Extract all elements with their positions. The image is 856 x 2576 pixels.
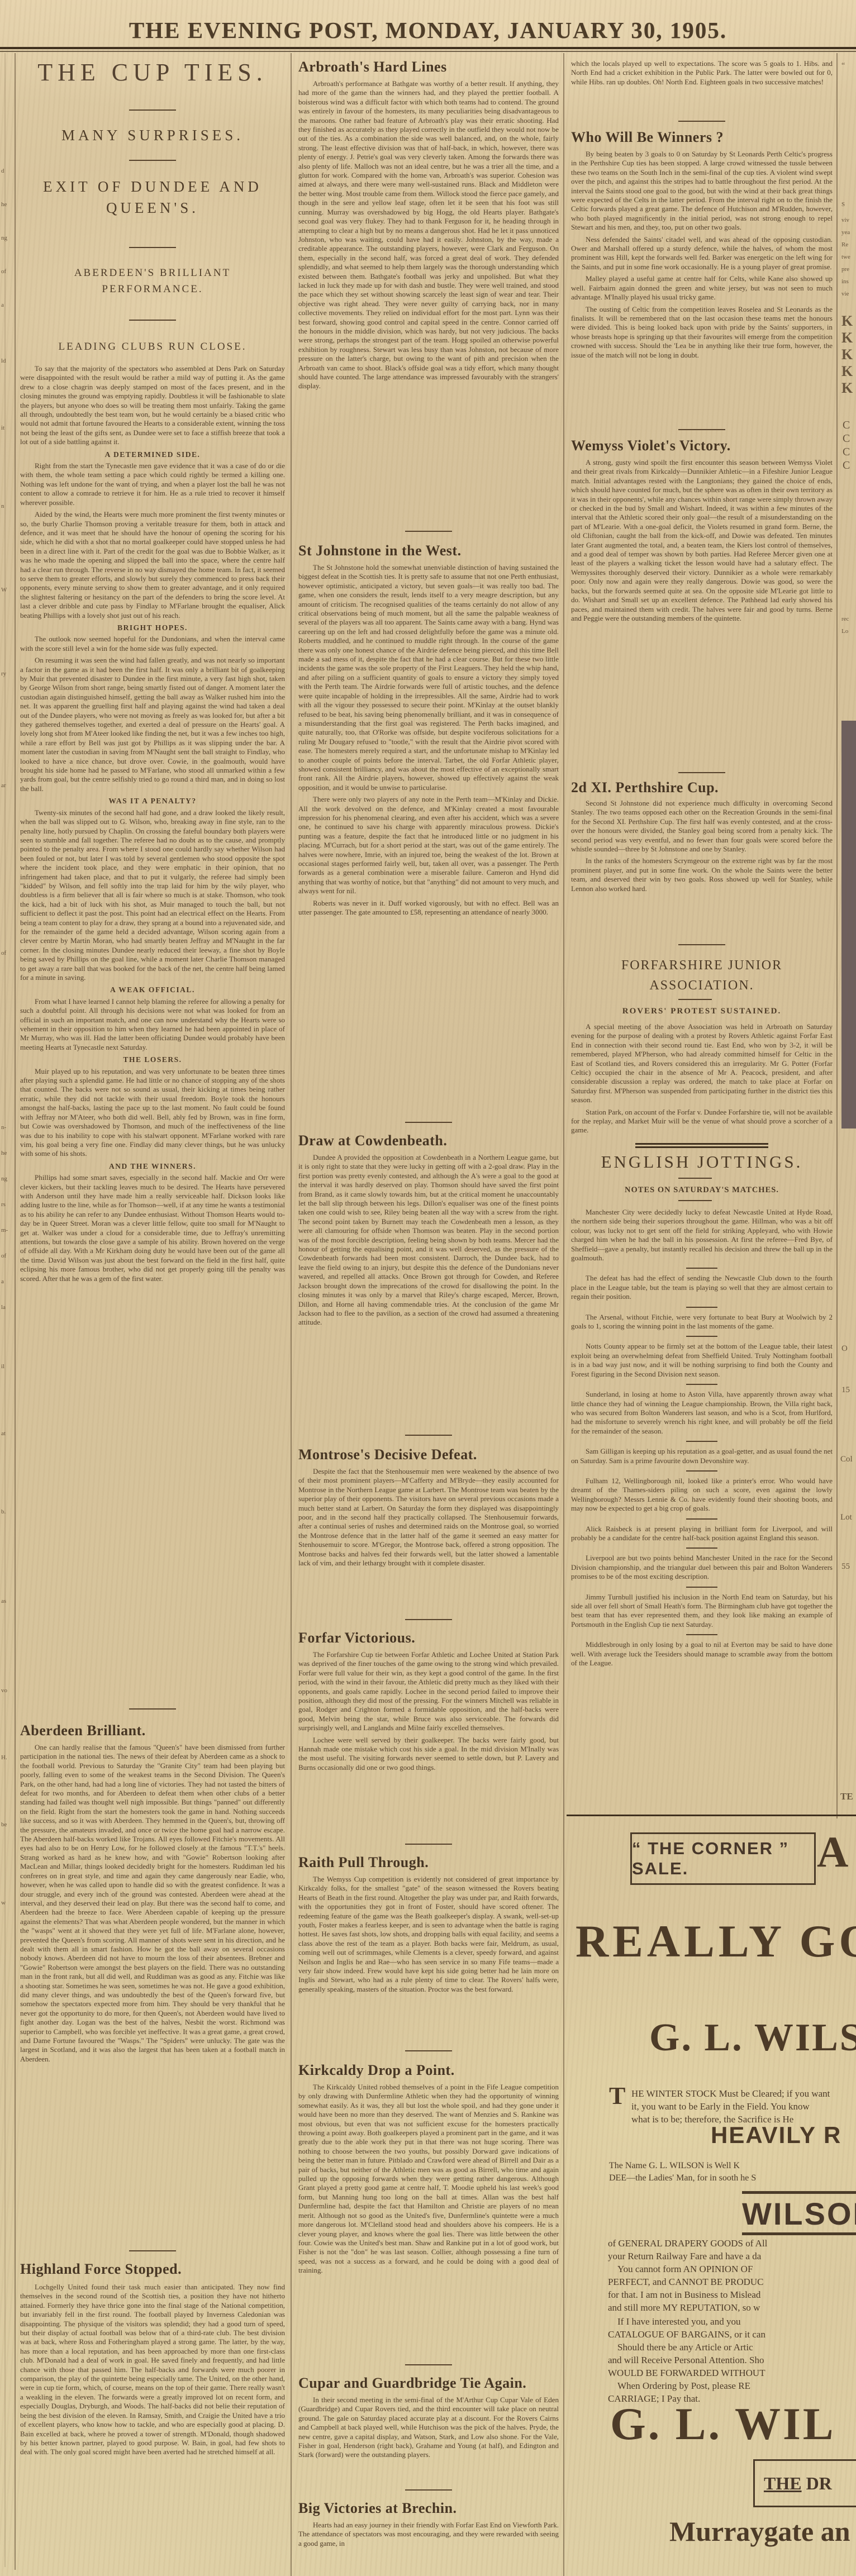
paragraph: Jimmy Turnbull justified his inclusion i… bbox=[571, 1593, 833, 1630]
article-brechin: Hearts had an easy journey in their frie… bbox=[298, 2521, 559, 2576]
advert-catalogue-text: If I have interested you, and you CATALO… bbox=[608, 2315, 856, 2405]
paragraph: From what I have learned I cannot help b… bbox=[20, 997, 285, 1052]
divider-dash bbox=[678, 944, 725, 945]
paragraph: On resuming it was seen the wind had fal… bbox=[20, 656, 285, 793]
divider-dash bbox=[686, 1470, 717, 1472]
subhead-notes-saturdays-matches: NOTES ON SATURDAY'S MATCHES. bbox=[571, 1185, 833, 1195]
paragraph: The defeat has had the effect of sending… bbox=[571, 1274, 833, 1301]
edge-fragment: ar bbox=[1, 782, 6, 789]
edge-letter-c: C bbox=[843, 446, 850, 459]
paragraph: Lochgelly United found their task much e… bbox=[20, 2283, 285, 2457]
edge-fragment: n bbox=[1, 503, 4, 510]
paragraph: A special meeting of the above Associati… bbox=[571, 1022, 833, 1105]
divider-dash bbox=[129, 320, 176, 321]
subhead-and-the-winners: AND THE WINNERS. bbox=[20, 1162, 285, 1171]
paragraph: Twenty-six minutes of the second half ha… bbox=[20, 808, 285, 983]
subhead-was-it-a-penalty: WAS IT A PENALTY? bbox=[20, 797, 285, 806]
edge-fragment: la bbox=[1, 1304, 6, 1311]
advert-dr-rest: DR bbox=[802, 2473, 832, 2493]
paragraph: The outlook now seemed hopeful for the D… bbox=[20, 635, 285, 653]
edge-fragment: ng bbox=[1, 235, 7, 241]
divider-dash bbox=[129, 2250, 176, 2251]
edge-fragment: vo bbox=[1, 1687, 7, 1694]
heading-big-victories-brechin: Big Victories at Brechin. bbox=[298, 2501, 457, 2516]
article-forfarshire-association: A special meeting of the above Associati… bbox=[571, 1022, 833, 1142]
edge-fragment: “ bbox=[841, 61, 845, 70]
edge-fragment: b. bbox=[1, 1508, 6, 1515]
divider-dash bbox=[405, 1619, 452, 1620]
paragraph: Sunderland, in losing at home to Aston V… bbox=[571, 1390, 833, 1436]
headline-leading-clubs: LEADING CLUBS RUN CLOSE. bbox=[20, 339, 285, 355]
edge-fragment: viv bbox=[841, 217, 849, 223]
paragraph: Muir played up to his reputation, and wa… bbox=[20, 1067, 285, 1159]
column-rule-4 bbox=[836, 53, 838, 1818]
article-cup-ties-report: To say that the majority of the spectato… bbox=[20, 364, 285, 1703]
subhead-rovers-protest-sustained: ROVERS' PROTEST SUSTAINED. bbox=[571, 1007, 833, 1016]
edge-fragment: ld bbox=[1, 358, 6, 364]
article-cowdenbeath: Dundee A provided the opposition at Cowd… bbox=[298, 1153, 559, 1432]
paragraph: There were only two players of any note … bbox=[298, 795, 559, 896]
paragraph: The Forfarshire Cup tie between Forfar A… bbox=[298, 1650, 559, 1733]
edge-letter-k: K bbox=[841, 313, 853, 330]
edge-fragment: w bbox=[1, 1899, 6, 1906]
heading-forfar-victorious: Forfar Victorious. bbox=[298, 1630, 415, 1645]
paragraph: Phillips had some smart saves, especiall… bbox=[20, 1173, 285, 1283]
divider-dash bbox=[686, 1336, 717, 1337]
paragraph: Sam Gilligan is keeping up his reputatio… bbox=[571, 1447, 833, 1465]
edge-fragment: n- bbox=[1, 1124, 6, 1131]
divider-dash bbox=[129, 160, 176, 161]
paragraph: Malley played a useful game at centre ha… bbox=[571, 274, 833, 302]
column-rule-2 bbox=[291, 53, 292, 2576]
headline-cup-ties: THE CUP TIES. bbox=[20, 58, 285, 87]
edge-fragment: twe bbox=[841, 254, 850, 260]
heading-kirkcaldy-drop-point: Kirkcaldy Drop a Point. bbox=[298, 2063, 455, 2078]
heading-who-will-be-winners: Who Will Be Winners ? bbox=[571, 130, 724, 145]
article-raith: The Wemyss Cup competition is evidently … bbox=[298, 1875, 559, 2047]
article-arbroath: Arbroath's performance at Bathgate was w… bbox=[298, 79, 559, 527]
divider-dash bbox=[405, 531, 452, 532]
paragraph: To say that the majority of the spectato… bbox=[20, 364, 285, 447]
edge-letter-k: K bbox=[841, 380, 853, 397]
article-english-jottings: Manchester City were decidedly lucky to … bbox=[571, 1208, 833, 1807]
advert-drapery-text: of GENERAL DRAPERY GOODS of All your Ret… bbox=[608, 2237, 856, 2314]
advert-really-good: REALLY GOO bbox=[576, 1915, 856, 1968]
article-perthshire-cup: Second St Johnstone did not experience m… bbox=[571, 799, 833, 940]
heading-cupar-guardbridge: Cupar and Guardbridge Tie Again. bbox=[298, 2375, 526, 2391]
heading-draw-at-cowdenbeath: Draw at Cowdenbeath. bbox=[298, 1133, 447, 1148]
advert-name-lines: The Name G. L. WILSON is Well K DEE—the … bbox=[609, 2160, 856, 2184]
paragraph: Hearts had an easy journey in their frie… bbox=[298, 2521, 559, 2548]
edge-fragment: a bbox=[1, 1278, 4, 1285]
paragraph: which the locals played up well to expec… bbox=[571, 59, 833, 87]
edge-fragment: at bbox=[1, 1430, 6, 1437]
edge-fragment: S bbox=[841, 201, 845, 208]
newspaper-page: THE EVENING POST, MONDAY, JANUARY 30, 19… bbox=[0, 0, 856, 2576]
paragraph: The Wemyss Cup competition is evidently … bbox=[298, 1875, 559, 1994]
paragraph: One can hardly realise that the famous "… bbox=[20, 1743, 285, 2064]
edge-fragment: be bbox=[1, 1821, 7, 1828]
column-rule-3 bbox=[563, 53, 564, 2576]
divider-dash bbox=[405, 1435, 452, 1436]
section-rule bbox=[635, 1146, 768, 1148]
edge-fragment: he bbox=[1, 1150, 7, 1156]
column-3: which the locals played up well to expec… bbox=[571, 0, 833, 2576]
edge-fragment: m- bbox=[1, 1227, 8, 1234]
article-st-johnstone: The St Johnstone hold the somewhat unenv… bbox=[298, 563, 559, 1120]
edge-fragment: ins bbox=[841, 278, 849, 285]
article-montrose: Despite the fact that the Stenhousemuir … bbox=[298, 1467, 559, 1616]
paragraph: Right from the start the Tynecastle men … bbox=[20, 461, 285, 507]
edge-fragment: vie bbox=[841, 291, 849, 297]
divider-dash bbox=[686, 1307, 717, 1308]
edge-fragment: W bbox=[1, 587, 7, 593]
edge-fragment: H. bbox=[1, 1754, 7, 1761]
heading-aberdeen-brilliant: Aberdeen Brilliant. bbox=[20, 1723, 146, 1738]
paragraph: Manchester City were decidedly lucky to … bbox=[571, 1208, 833, 1263]
heading-english-jottings: ENGLISH JOTTINGS. bbox=[571, 1152, 833, 1172]
article-wemyss-violet: A strong, gusty wind spoilt the first en… bbox=[571, 458, 833, 769]
paragraph: Arbroath's performance at Bathgate was w… bbox=[298, 79, 559, 391]
divider-dash bbox=[686, 1441, 717, 1442]
divider-dash bbox=[678, 1178, 712, 1179]
edge-fragment: of bbox=[1, 268, 6, 275]
advert-corner-sale-box: “ THE CORNER ” SALE. bbox=[630, 1832, 816, 1885]
article-continuation-intro: which the locals played up well to expec… bbox=[571, 59, 833, 117]
paragraph: Dundee A provided the opposition at Cowd… bbox=[298, 1153, 559, 1327]
column-2: Arbroath's Hard Lines Arbroath's perform… bbox=[298, 0, 559, 2576]
headline-aberdeen-performance: ABERDEEN'S BRILLIANT PERFORMANCE. bbox=[20, 265, 285, 298]
column-1: THE CUP TIES. MANY SURPRISES. EXIT OF DU… bbox=[20, 0, 285, 2576]
divider-dash bbox=[678, 999, 712, 1000]
advert-gl-wilson-1: G. L. WILS bbox=[649, 2016, 856, 2060]
divider-dash bbox=[405, 1844, 452, 1845]
divider-dash bbox=[405, 2489, 452, 2491]
edge-letter-c: C bbox=[843, 459, 850, 472]
paragraph: The Kirkcaldy United robbed themselves o… bbox=[298, 2083, 559, 2275]
edge-letter-k: K bbox=[841, 363, 853, 380]
headline-many-surprises: MANY SURPRISES. bbox=[20, 125, 285, 146]
divider-dash bbox=[686, 1384, 717, 1385]
edge-fragment: he bbox=[1, 201, 7, 208]
edge-fragment: it bbox=[1, 425, 4, 431]
edge-fragment: Lot bbox=[840, 1513, 852, 1522]
paragraph: Middlesbrough in only losing by a goal t… bbox=[571, 1640, 833, 1668]
subhead-bright-hopes: BRIGHT HOPES. bbox=[20, 623, 285, 632]
edge-fragment: a bbox=[1, 302, 4, 308]
divider-dash bbox=[405, 2364, 452, 2365]
edge-fragment: TE bbox=[840, 1791, 853, 1802]
advert-winter-stock-text: HE WINTER STOCK Must be Cleared; if you … bbox=[631, 2087, 856, 2126]
paragraph: The ousting of Celtic from the competiti… bbox=[571, 305, 833, 360]
paragraph: Aided by the wind, the Hearts were much … bbox=[20, 510, 285, 620]
advert-gl-wilson-2: G. L. WIL bbox=[610, 2398, 836, 2450]
divider-dash bbox=[678, 772, 725, 773]
edge-fragment: Lo bbox=[841, 628, 848, 635]
article-highland-force-stopped: Lochgelly United found their task much e… bbox=[20, 2283, 285, 2571]
divider-dash bbox=[129, 1708, 176, 1710]
edge-fragment: of bbox=[1, 950, 6, 956]
edge-fragment: yea bbox=[841, 229, 850, 236]
subhead-weak-official: A WEAK OFFICIAL. bbox=[20, 985, 285, 994]
heading-wemyss-violet-victory: Wemyss Violet's Victory. bbox=[571, 438, 731, 453]
article-aberdeen-brilliant: One can hardly realise that the famous "… bbox=[20, 1743, 285, 2247]
divider-dash bbox=[678, 121, 725, 122]
edge-fragment: d bbox=[1, 168, 4, 174]
heading-forfarshire-junior-association: FORFARSHIRE JUNIOR ASSOCIATION. bbox=[571, 955, 833, 996]
divider-dash bbox=[686, 1547, 717, 1549]
divider-dash bbox=[129, 109, 176, 111]
edge-letter-c: C bbox=[843, 432, 850, 445]
paragraph: In the ranks of the homesters Scrymgeour… bbox=[571, 856, 833, 893]
subhead-determined-side: A DETERMINED SIDE. bbox=[20, 450, 285, 459]
advert-the-drapery-box: THE DR bbox=[753, 2459, 856, 2507]
edge-letter-c: C bbox=[843, 419, 850, 432]
advert-big-a: A bbox=[817, 1827, 848, 1877]
divider-dash bbox=[686, 1634, 717, 1635]
edge-letter-k: K bbox=[841, 346, 853, 363]
advert-the-drapery-text: THE DR bbox=[764, 2473, 832, 2494]
paragraph: By being beaten by 3 goals to 0 on Satur… bbox=[571, 150, 833, 232]
edge-fragment: 55 bbox=[841, 1562, 850, 1572]
edge-fragment: ry bbox=[1, 670, 6, 677]
divider-dash bbox=[686, 1268, 717, 1269]
paragraph: Liverpool are but two points behind Manc… bbox=[571, 1554, 833, 1581]
heading-2d-xi-perthshire-cup: 2d XI. Perthshire Cup. bbox=[571, 780, 719, 795]
divider-dash bbox=[686, 1518, 717, 1520]
heading-montrose-defeat: Montrose's Decisive Defeat. bbox=[298, 1447, 477, 1462]
advert-heavily: HEAVILY R bbox=[711, 2122, 841, 2149]
edge-fragment: of bbox=[1, 1253, 6, 1259]
article-who-will-be-winners: By being beaten by 3 goals to 0 on Satur… bbox=[571, 150, 833, 426]
heading-arbroaths-hard-lines: Arbroath's Hard Lines bbox=[298, 59, 447, 74]
divider-dash bbox=[129, 247, 176, 248]
edge-fragment: Re bbox=[841, 241, 848, 248]
paragraph: Fulham 12, Wellingborough nil, looked li… bbox=[571, 1477, 833, 1513]
advert-corner-sale-text: “ THE CORNER ” SALE. bbox=[632, 1839, 814, 1879]
heading-highland-force-stopped: Highland Force Stopped. bbox=[20, 2261, 182, 2277]
paragraph: The St Johnstone hold the somewhat unenv… bbox=[298, 563, 559, 792]
paragraph: In their second meeting in the semi-fina… bbox=[298, 2396, 559, 2460]
edge-letter-k: K bbox=[841, 330, 853, 346]
paragraph: Notts County appear to be firmly set at … bbox=[571, 1342, 833, 1379]
paragraph: Lochee were well served by their goalkee… bbox=[298, 1736, 559, 1773]
edge-fragment: pre bbox=[841, 266, 849, 273]
advert-the-underlined: THE bbox=[764, 2473, 802, 2493]
edge-fragment: 15 bbox=[841, 1385, 850, 1395]
article-forfar: The Forfarshire Cup tie between Forfar A… bbox=[298, 1650, 559, 1841]
edge-dark-advert-block bbox=[841, 721, 856, 1129]
divider-dash bbox=[678, 1200, 712, 1201]
edge-fragment: as bbox=[1, 1598, 6, 1604]
advert-wilson-block: WILSON bbox=[742, 2191, 856, 2235]
advert-winter-dropcap: T bbox=[609, 2085, 625, 2107]
paragraph: The Arsenal, without Fitchie, were very … bbox=[571, 1313, 833, 1331]
article-cupar: In their second meeting in the semi-fina… bbox=[298, 2396, 559, 2486]
edge-fragment: O bbox=[841, 1344, 848, 1354]
subhead-the-losers: THE LOSERS. bbox=[20, 1055, 285, 1064]
heading-st-johnstone-west: St Johnstone in the West. bbox=[298, 543, 462, 558]
paragraph: A strong, gusty wind spoilt the first en… bbox=[571, 458, 833, 623]
advert-top-rule bbox=[567, 1815, 856, 1816]
paragraph: Roberts was never in it. Duff worked vig… bbox=[298, 899, 559, 917]
heading-raith-pull-through: Raith Pull Through. bbox=[298, 1855, 429, 1870]
divider-dash bbox=[686, 1587, 717, 1588]
edge-fragment: rs bbox=[1, 1201, 6, 1208]
article-kirkcaldy: The Kirkcaldy United robbed themselves o… bbox=[298, 2083, 559, 2361]
column-rule-1 bbox=[15, 53, 16, 2570]
edge-fragment: ng bbox=[1, 1175, 7, 1182]
divider-dash bbox=[678, 429, 725, 430]
divider-dash bbox=[405, 2050, 452, 2051]
paragraph: Second St Johnstone did not experience m… bbox=[571, 799, 833, 854]
paragraph: Station Park, on account of the Forfar v… bbox=[571, 1108, 833, 1135]
edge-fragment: rec bbox=[841, 616, 849, 622]
paragraph: Despite the fact that the Stenhousemuir … bbox=[298, 1467, 559, 1568]
section-rule bbox=[635, 1143, 768, 1145]
advert-murraygate: Murraygate an bbox=[669, 2515, 850, 2548]
edge-fragment: il bbox=[1, 1363, 4, 1370]
divider-dash bbox=[405, 1122, 452, 1123]
paragraph: Ness defended the Saints' citadel well, … bbox=[571, 235, 833, 272]
headline-exit-dundee: EXIT OF DUNDEE AND QUEEN'S. bbox=[20, 177, 285, 219]
edge-fragment: Col bbox=[840, 1455, 853, 1464]
paragraph: Alick Raisbeck is at present playing in … bbox=[571, 1525, 833, 1543]
advert-wilson-text: WILSON bbox=[742, 2196, 856, 2231]
